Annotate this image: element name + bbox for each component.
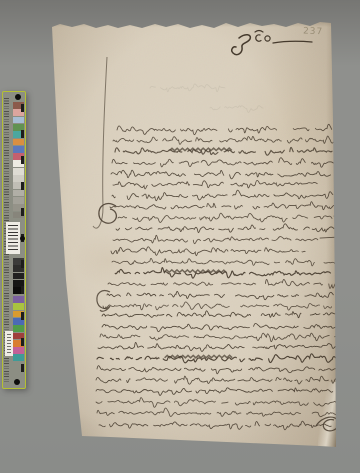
registration-tick — [21, 338, 24, 346]
registration-dot — [15, 94, 21, 100]
registration-tick — [21, 312, 24, 320]
manuscript-line — [210, 99, 266, 117]
registration-tick — [21, 260, 24, 268]
registration-tick — [21, 156, 24, 164]
color-patch — [13, 190, 24, 197]
registration-tick — [21, 130, 24, 138]
barcode-label — [6, 222, 20, 254]
color-patch — [13, 197, 24, 204]
heading-flourish — [225, 30, 317, 64]
color-patch — [13, 354, 24, 361]
barcode-icon — [8, 225, 18, 251]
color-patch — [13, 273, 24, 280]
registration-dot — [14, 379, 20, 385]
color-patch — [13, 168, 24, 175]
color-patch — [13, 139, 24, 146]
color-patch — [13, 175, 24, 182]
registration-tick — [21, 364, 24, 372]
registration-tick — [21, 286, 24, 294]
color-patch — [13, 347, 24, 354]
bar-small-label — [5, 331, 13, 356]
registration-dot — [20, 236, 25, 241]
manuscript-line — [150, 78, 226, 97]
registration-tick — [21, 208, 24, 216]
color-patch — [13, 117, 24, 124]
registration-tick — [21, 104, 24, 112]
color-patch — [13, 296, 24, 303]
manuscript-line — [99, 416, 335, 434]
color-calibration-bar — [2, 91, 26, 389]
registration-tick — [21, 182, 24, 190]
color-patch — [13, 303, 24, 310]
bar-small-label-text — [7, 334, 11, 353]
color-patch — [13, 325, 24, 332]
photo: 237 — [0, 0, 360, 473]
color-patch — [13, 146, 24, 153]
